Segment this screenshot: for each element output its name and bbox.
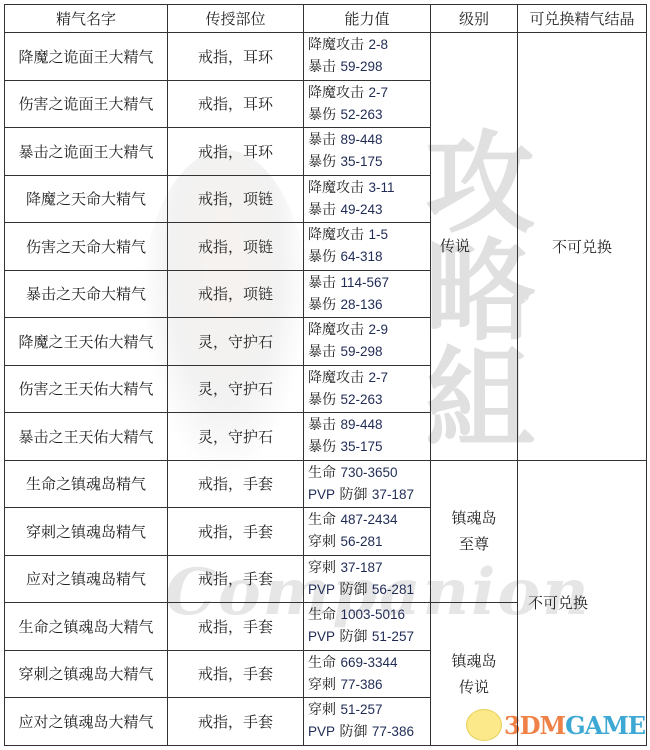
stat-label: 防御 — [339, 629, 367, 645]
stat-line: 暴击 59-298 — [308, 56, 430, 78]
stat-value: 56-281 — [340, 534, 382, 549]
header-stats: 能力值 — [304, 5, 431, 33]
stat-value: 2-7 — [368, 85, 388, 100]
stat-line: 降魔攻击 1-5 — [308, 224, 430, 246]
stat-cell: 暴击 89-448暴伤 35-175 — [304, 128, 431, 176]
essence-name: 暴击之天命大精气 — [5, 270, 168, 318]
stat-cell: 暴击 114-567暴伤 28-136 — [304, 270, 431, 318]
stat-value: 1003-5016 — [340, 607, 405, 622]
stat-value: 730-3650 — [340, 465, 397, 480]
table-row: 生命之镇魂岛精气戒指，手套生命 730-3650PVP 防御 37-187镇魂岛… — [5, 460, 647, 508]
stat-line: 生命 1003-5016 — [308, 604, 430, 626]
stat-line: 降魔攻击 2-8 — [308, 34, 430, 56]
stat-label: 降魔攻击 — [308, 227, 364, 243]
essence-name: 生命之镇魂岛精气 — [5, 460, 168, 508]
essence-name: 伤害之王天佑大精气 — [5, 365, 168, 413]
essence-name: 应对之镇魂岛大精气 — [5, 698, 168, 746]
stat-line: 暴击 89-448 — [308, 129, 430, 151]
stat-line: 穿刺 37-187 — [308, 557, 430, 579]
essence-table: 精气名字 传授部位 能力值 级别 可兑换精气结晶 降魔之诡面王大精气戒指，耳环降… — [4, 4, 647, 746]
stat-label: 暴击 — [308, 59, 336, 75]
equip-slot: 戒指，手套 — [168, 698, 304, 746]
stat-label: 生命 — [308, 465, 336, 481]
stat-line: PVP 防御 37-187 — [308, 484, 430, 506]
table-row: 降魔之诡面王大精气戒指，耳环降魔攻击 2-8暴击 59-298传说不可兑换 — [5, 33, 647, 81]
stat-value: 114-567 — [340, 275, 389, 290]
stat-cell: 降魔攻击 2-7暴伤 52-263 — [304, 365, 431, 413]
stat-value: 35-175 — [340, 439, 382, 454]
stat-line: 降魔攻击 2-7 — [308, 367, 430, 389]
stat-label: 防御 — [339, 582, 367, 598]
equip-slot: 戒指，项链 — [168, 175, 304, 223]
equip-slot: 戒指，耳环 — [168, 128, 304, 176]
stat-line: 暴伤 35-175 — [308, 436, 430, 458]
stat-line: 降魔攻击 2-9 — [308, 319, 430, 341]
stat-label: 穿刺 — [308, 560, 336, 576]
stat-value: 3-11 — [368, 180, 394, 195]
stat-label: 穿刺 — [308, 677, 336, 693]
stat-value: 56-281 — [372, 582, 414, 597]
stat-cell: 生命 730-3650PVP 防御 37-187 — [304, 460, 431, 508]
exchange-cell: 不可兑换 — [518, 33, 647, 461]
stat-line: 生命 669-3344 — [308, 652, 430, 674]
stat-cell: 降魔攻击 2-8暴击 59-298 — [304, 33, 431, 81]
stat-line: PVP 防御 56-281 — [308, 579, 430, 601]
stat-value: 487-2434 — [340, 512, 397, 527]
equip-slot: 戒指，手套 — [168, 650, 304, 698]
equip-slot: 灵，守护石 — [168, 413, 304, 461]
essence-name: 穿刺之镇魂岛大精气 — [5, 650, 168, 698]
table-header-row: 精气名字 传授部位 能力值 级别 可兑换精气结晶 — [5, 5, 647, 33]
stat-cell: 降魔攻击 1-5暴伤 64-318 — [304, 223, 431, 271]
stat-line: 暴伤 52-263 — [308, 389, 430, 411]
level-cell: 镇魂岛至尊 — [431, 460, 518, 603]
stat-cell: 穿刺 51-257PVP 防御 77-386 — [304, 698, 431, 746]
stat-line: 暴击 89-448 — [308, 414, 430, 436]
exchange-cell: 不可兑换 — [518, 460, 647, 745]
level-label: 传说 — [440, 233, 517, 259]
level-label: 镇魂岛 — [431, 648, 517, 674]
stat-label: 降魔攻击 — [308, 370, 364, 386]
stat-label: 穿刺 — [308, 534, 336, 550]
stat-value: 52-263 — [340, 107, 382, 122]
essence-name: 伤害之天命大精气 — [5, 223, 168, 271]
stat-value: 35-175 — [340, 154, 382, 169]
stat-label: 暴击 — [308, 202, 336, 218]
stat-value: 52-263 — [340, 392, 382, 407]
essence-name: 穿刺之镇魂岛精气 — [5, 508, 168, 556]
stat-label: 防御 — [339, 487, 367, 503]
stat-value: 2-7 — [368, 370, 388, 385]
level-label: 镇魂岛 — [431, 505, 517, 531]
essence-name: 降魔之王天佑大精气 — [5, 318, 168, 366]
stat-line: 生命 487-2434 — [308, 509, 430, 531]
stat-cell: 暴击 89-448暴伤 35-175 — [304, 413, 431, 461]
header-exchange: 可兑换精气结晶 — [518, 5, 647, 33]
stat-cell: 降魔攻击 3-11暴击 49-243 — [304, 175, 431, 223]
equip-slot: 戒指，耳环 — [168, 33, 304, 81]
stat-value: 59-298 — [340, 59, 382, 74]
stat-label: 降魔攻击 — [308, 37, 364, 53]
equip-slot: 戒指，手套 — [168, 460, 304, 508]
stat-line: 暴击 59-298 — [308, 341, 430, 363]
header-name: 精气名字 — [5, 5, 168, 33]
equip-slot: 戒指，项链 — [168, 223, 304, 271]
stat-line: 暴击 49-243 — [308, 199, 430, 221]
stat-label: 暴伤 — [308, 439, 336, 455]
level-label: 至尊 — [431, 531, 517, 557]
stat-line: 暴伤 28-136 — [308, 294, 430, 316]
stat-value: 77-386 — [372, 724, 414, 739]
stat-label: 降魔攻击 — [308, 322, 364, 338]
stat-cell: 降魔攻击 2-9暴击 59-298 — [304, 318, 431, 366]
stat-label: 暴击 — [308, 275, 336, 291]
stat-value: 37-187 — [340, 560, 382, 575]
stat-cell: 生命 669-3344穿刺 77-386 — [304, 650, 431, 698]
stat-cell: 生命 487-2434穿刺 56-281 — [304, 508, 431, 556]
essence-name: 暴击之王天佑大精气 — [5, 413, 168, 461]
essence-name: 降魔之诡面王大精气 — [5, 33, 168, 81]
level-cell: 传说 — [431, 33, 518, 461]
stat-value: 2-8 — [368, 37, 388, 52]
stat-label: 降魔攻击 — [308, 85, 364, 101]
stat-line: 暴伤 35-175 — [308, 151, 430, 173]
stat-line: 降魔攻击 2-7 — [308, 82, 430, 104]
essence-name: 伤害之诡面王大精气 — [5, 80, 168, 128]
stat-line: 穿刺 56-281 — [308, 531, 430, 553]
stat-label: 暴击 — [308, 344, 336, 360]
stat-line: 暴伤 64-318 — [308, 246, 430, 268]
essence-name: 暴击之诡面王大精气 — [5, 128, 168, 176]
stat-value: 77-386 — [340, 677, 382, 692]
stat-prefix: PVP — [308, 487, 335, 502]
stat-value: 89-448 — [340, 417, 382, 432]
equip-slot: 戒指，手套 — [168, 508, 304, 556]
equip-slot: 戒指，手套 — [168, 555, 304, 603]
header-level: 级别 — [431, 5, 518, 33]
stat-label: 暴伤 — [308, 392, 336, 408]
stat-value: 28-136 — [340, 297, 382, 312]
stat-line: 降魔攻击 3-11 — [308, 177, 430, 199]
stat-label: 生命 — [308, 607, 336, 623]
stat-value: 2-9 — [368, 322, 388, 337]
stat-prefix: PVP — [308, 582, 335, 597]
stat-line: 穿刺 51-257 — [308, 699, 430, 721]
essence-name: 生命之镇魂岛大精气 — [5, 603, 168, 651]
stat-cell: 降魔攻击 2-7暴伤 52-263 — [304, 80, 431, 128]
stat-label: 暴伤 — [308, 249, 336, 265]
stat-value: 669-3344 — [340, 655, 397, 670]
stat-label: 穿刺 — [308, 702, 336, 718]
stat-prefix: PVP — [308, 629, 335, 644]
stat-value: 64-318 — [340, 249, 382, 264]
stat-label: 防御 — [339, 724, 367, 740]
stat-line: 暴伤 52-263 — [308, 104, 430, 126]
stat-label: 生命 — [308, 512, 336, 528]
equip-slot: 戒指，手套 — [168, 603, 304, 651]
equip-slot: 灵，守护石 — [168, 365, 304, 413]
stat-label: 暴击 — [308, 417, 336, 433]
stat-line: 生命 730-3650 — [308, 462, 430, 484]
stat-value: 37-187 — [372, 487, 414, 502]
stat-line: PVP 防御 51-257 — [308, 626, 430, 648]
stat-label: 暴伤 — [308, 154, 336, 170]
stat-value: 59-298 — [340, 344, 382, 359]
level-cell: 镇魂岛传说 — [431, 603, 518, 746]
stat-cell: 穿刺 37-187PVP 防御 56-281 — [304, 555, 431, 603]
essence-name: 应对之镇魂岛精气 — [5, 555, 168, 603]
stat-label: 暴伤 — [308, 297, 336, 313]
equip-slot: 戒指，耳环 — [168, 80, 304, 128]
equip-slot: 灵，守护石 — [168, 318, 304, 366]
stat-value: 49-243 — [340, 202, 382, 217]
level-label: 传说 — [431, 674, 517, 700]
stat-line: PVP 防御 77-386 — [308, 721, 430, 743]
stat-value: 51-257 — [340, 702, 382, 717]
stat-line: 穿刺 77-386 — [308, 674, 430, 696]
stat-value: 51-257 — [372, 629, 414, 644]
stat-line: 暴击 114-567 — [308, 272, 430, 294]
header-part: 传授部位 — [168, 5, 304, 33]
stat-label: 暴击 — [308, 132, 336, 148]
stat-prefix: PVP — [308, 724, 335, 739]
stat-cell: 生命 1003-5016PVP 防御 51-257 — [304, 603, 431, 651]
stat-label: 生命 — [308, 655, 336, 671]
stat-label: 降魔攻击 — [308, 180, 364, 196]
stat-value: 1-5 — [368, 227, 388, 242]
equip-slot: 戒指，项链 — [168, 270, 304, 318]
stat-label: 暴伤 — [308, 107, 336, 123]
essence-name: 降魔之天命大精气 — [5, 175, 168, 223]
stat-value: 89-448 — [340, 132, 382, 147]
